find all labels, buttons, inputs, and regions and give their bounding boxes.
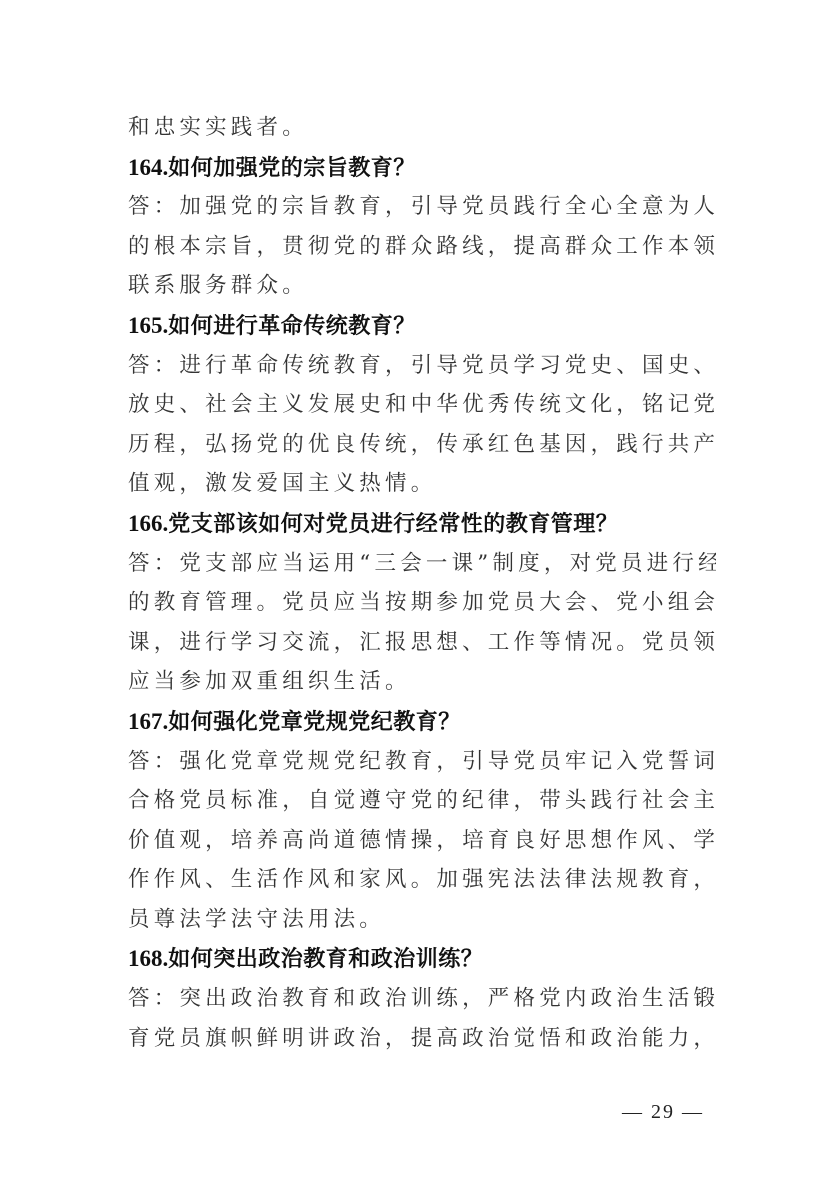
answer-line: 价值观，培养高尚道德情操，培育良好思想作风、学风、工: [128, 821, 716, 861]
document-page: 和忠实实践者。 164.如何加强党的宗旨教育？ 答：加强党的宗旨教育，引导党员践…: [0, 0, 840, 1188]
question-heading-167: 167.如何强化党章党规党纪教育？: [128, 702, 716, 742]
answer-line: 答：进行革命传统教育，引导党员学习党史、国史、改革开: [128, 346, 716, 386]
answer-line: 员尊法学法守法用法。: [128, 900, 716, 940]
answer-line: 答：强化党章党规党纪教育，引导党员牢记入党誓词，坚持: [128, 742, 716, 782]
continuation-line: 和忠实实践者。: [128, 108, 716, 148]
question-heading-168: 168.如何突出政治教育和政治训练？: [128, 939, 716, 979]
question-number: 166.: [128, 511, 168, 536]
question-number: 168.: [128, 946, 168, 971]
answer-line: 作作风、生活作风和家风。加强宪法法律法规教育，引导党: [128, 860, 716, 900]
answer-line: 课，进行学习交流，汇报思想、工作等情况。党员领导干部: [128, 623, 716, 663]
page-content: 和忠实实践者。 164.如何加强党的宗旨教育？ 答：加强党的宗旨教育，引导党员践…: [128, 108, 716, 1058]
question-text: 如何强化党章党规党纪教育？: [168, 709, 461, 734]
answer-line: 答：加强党的宗旨教育，引导党员践行全心全意为人民服务: [128, 187, 716, 227]
question-heading-164: 164.如何加强党的宗旨教育？: [128, 148, 716, 188]
answer-line: 育党员旗帜鲜明讲政治，提高政治觉悟和政治能力，严守政: [128, 1019, 716, 1059]
page-number: — 29 —: [622, 1101, 704, 1124]
question-text: 党支部该如何对党员进行经常性的教育管理？: [168, 511, 618, 536]
answer-line: 合格党员标准，自觉遵守党的纪律，带头践行社会主义核心: [128, 781, 716, 821]
answer-line: 的根本宗旨，贯彻党的群众路线，提高群众工作本领，密切: [128, 227, 716, 267]
question-number: 164.: [128, 155, 168, 180]
question-number: 165.: [128, 313, 168, 338]
answer-line: 的教育管理。党员应当按期参加党员大会、党小组会和上党: [128, 583, 716, 623]
answer-line: 答：突出政治教育和政治训练，严格党内政治生活锻炼，教: [128, 979, 716, 1019]
answer-line: 值观，激发爱国主义热情。: [128, 464, 716, 504]
answer-line: 应当参加双重组织生活。: [128, 662, 716, 702]
question-heading-165: 165.如何进行革命传统教育？: [128, 306, 716, 346]
answer-line: 答：党支部应当运用“三会一课”制度，对党员进行经常性: [128, 544, 716, 584]
answer-line: 联系服务群众。: [128, 266, 716, 306]
question-text: 如何突出政治教育和政治训练？: [168, 946, 483, 971]
answer-line: 历程，弘扬党的优良传统，传承红色基因，践行共产党人价: [128, 425, 716, 465]
question-heading-166: 166.党支部该如何对党员进行经常性的教育管理？: [128, 504, 716, 544]
answer-line: 放史、社会主义发展史和中华优秀传统文化，铭记党的奋斗: [128, 385, 716, 425]
question-text: 如何加强党的宗旨教育？: [168, 155, 416, 180]
question-number: 167.: [128, 709, 168, 734]
question-text: 如何进行革命传统教育？: [168, 313, 416, 338]
